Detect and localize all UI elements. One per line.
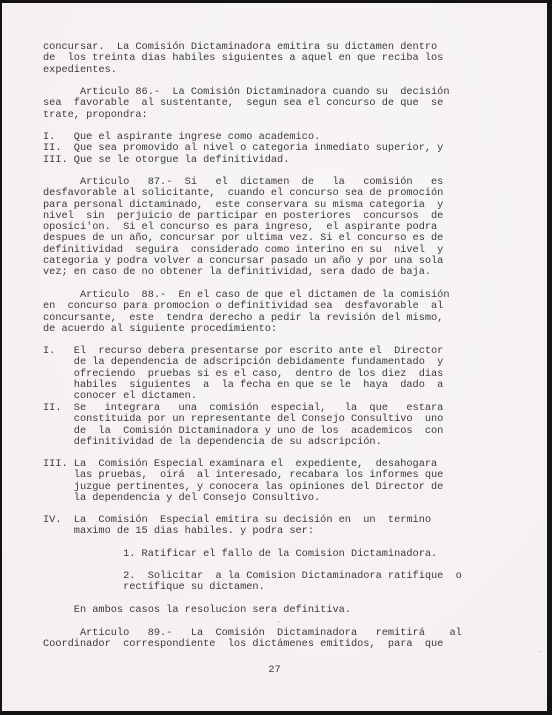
paragraph-art88-III: III. La Comisión Especial examinara el e… [43, 459, 443, 504]
text-line: conocer el dictamen. [43, 391, 443, 402]
paragraph-p1: concursar. La Comisión Dictaminadora emi… [43, 42, 443, 76]
text-line: III. Que se le otorgue la definitividad. [43, 155, 443, 166]
paragraph-art86: Articulo 86.- La Comisión Dictaminadora … [43, 87, 450, 121]
text-line: de la dependencia de adscripción debidam… [43, 357, 443, 368]
text-line: En ambos casos la resolucion sera defini… [43, 605, 351, 616]
text-line: 1. Ratificar el fallo de la Comision Dic… [43, 549, 437, 560]
text-line: en concurso para promocion o definitivid… [43, 301, 450, 312]
text-line: definitividad de la dependencia de su ad… [43, 437, 443, 448]
text-line: II. Que sea promovido al nivel o categor… [43, 143, 443, 154]
paragraph-art88-IV-1: 1. Ratificar el fallo de la Comision Dic… [43, 549, 437, 560]
text-line: expedientes. [43, 65, 443, 76]
text-line: trate, propondra: [43, 110, 450, 121]
text-line: las pruebas, oirá al interesado, recabar… [43, 470, 443, 481]
paragraph-art87: Articulo 87.- Si el dictamen de la comis… [43, 177, 443, 279]
paragraph-art88-IV-2: 2. Solicitar a la Comision Dictaminadora… [43, 571, 462, 594]
text-line: de acuerdo al siguiente procedimiento: [43, 324, 450, 335]
page-number: 27 [2, 664, 547, 676]
document-page: concursar. La Comisión Dictaminadora emi… [2, 3, 547, 711]
scan-speck [278, 621, 279, 622]
text-line: de los treinta dias habiles siguientes a… [43, 53, 443, 64]
text-line: Coordinador correspondiente los dictámen… [43, 639, 462, 650]
text-line: rectifique su dictamen. [43, 582, 462, 593]
paragraph-art88-IV: IV. La Comisión Especial emitira su deci… [43, 515, 431, 538]
scan-speck [540, 651, 541, 652]
paragraph-closing: En ambos casos la resolucion sera defini… [43, 605, 351, 616]
text-line: desfavorable al solicitante, cuando el c… [43, 188, 443, 199]
text-line: sea favorable al sustentante, segun sea … [43, 98, 450, 109]
text-line: la dependencia y del Consejo Consultivo. [43, 493, 443, 504]
text-line: constituida por un representante del Con… [43, 414, 443, 425]
paragraph-art88-I: I. El recurso debera presentarse por esc… [43, 346, 443, 402]
text-line: vez; en caso de no obtener la definitivi… [43, 267, 443, 278]
paragraph-art89: Articulo 89.- La Comisión Dictaminadora … [43, 628, 462, 651]
scan-speck [42, 15, 43, 16]
paragraph-art88-II: II. Se integrara una comisión especial, … [43, 403, 443, 448]
paragraph-art86-list: I. Que el aspirante ingrese como academi… [43, 132, 443, 166]
paragraph-art88: Articulo 88.- En el caso de que el dicta… [43, 290, 450, 335]
text-line: maximo de 15 dias habiles. y podra ser: [43, 526, 431, 537]
